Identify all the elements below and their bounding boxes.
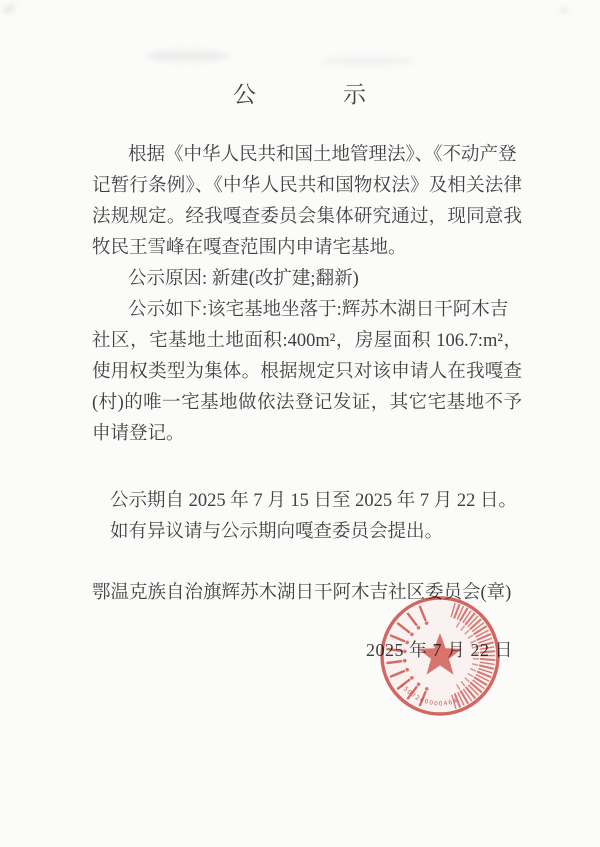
body-line: 牧民王雪峰在嘎查范围内申请宅基地。	[92, 233, 522, 264]
body-line: (村)的唯一宅基地做依法登记发证，其它宅基地不予	[92, 388, 522, 419]
body-line: 公示如下:该宅基地坐落于:辉苏木湖日干阿木吉	[92, 295, 522, 326]
body-line: 法规规定。经我嘎查委员会集体研究通过，现同意我	[92, 202, 522, 233]
closing-line: 公示期自 2025 年 7 月 15 日至 2025 年 7 月 22 日。	[110, 486, 522, 517]
scan-smudge	[320, 56, 415, 66]
scan-smudge	[1, 3, 16, 15]
issuer-signature: 鄂温克族自治旗辉苏木湖日干阿木吉社区委员会(章)	[92, 578, 562, 604]
notice-body: 根据《中华人民共和国土地管理法》、《不动产登 记暂行条例》、《中华人民共和国物权…	[92, 140, 522, 450]
notice-period: 公示期自 2025 年 7 月 15 日至 2025 年 7 月 22 日。 如…	[110, 486, 522, 548]
title-char-right: 示	[343, 76, 367, 109]
body-line: 公示原因: 新建(改扩建;翻新)	[92, 264, 522, 295]
document-page: 公 示 根据《中华人民共和国土地管理法》、《不动产登 记暂行条例》、《中华人民共…	[0, 0, 600, 847]
title-char-left: 公	[233, 76, 257, 109]
seal-serial-number: 1507240000464	[398, 682, 459, 708]
body-line: 根据《中华人民共和国土地管理法》、《不动产登	[92, 140, 522, 171]
closing-line: 如有异议请与公示期向嘎查委员会提出。	[110, 517, 522, 548]
issue-date: 2025 年 7 月 22 日	[366, 636, 513, 662]
body-line: 申请登记。	[92, 419, 522, 450]
body-line: 社区，宅基地土地面积:400m²，房屋面积 106.7:m²，	[92, 326, 522, 357]
page-title: 公 示	[0, 76, 600, 109]
scan-smudge	[145, 50, 230, 62]
body-line: 记暂行条例》、《中华人民共和国物权法》及相关法律	[92, 171, 522, 202]
scan-smudge	[558, 8, 570, 13]
body-line: 使用权类型为集体。根据规定只对该申请人在我嘎查	[92, 357, 522, 388]
